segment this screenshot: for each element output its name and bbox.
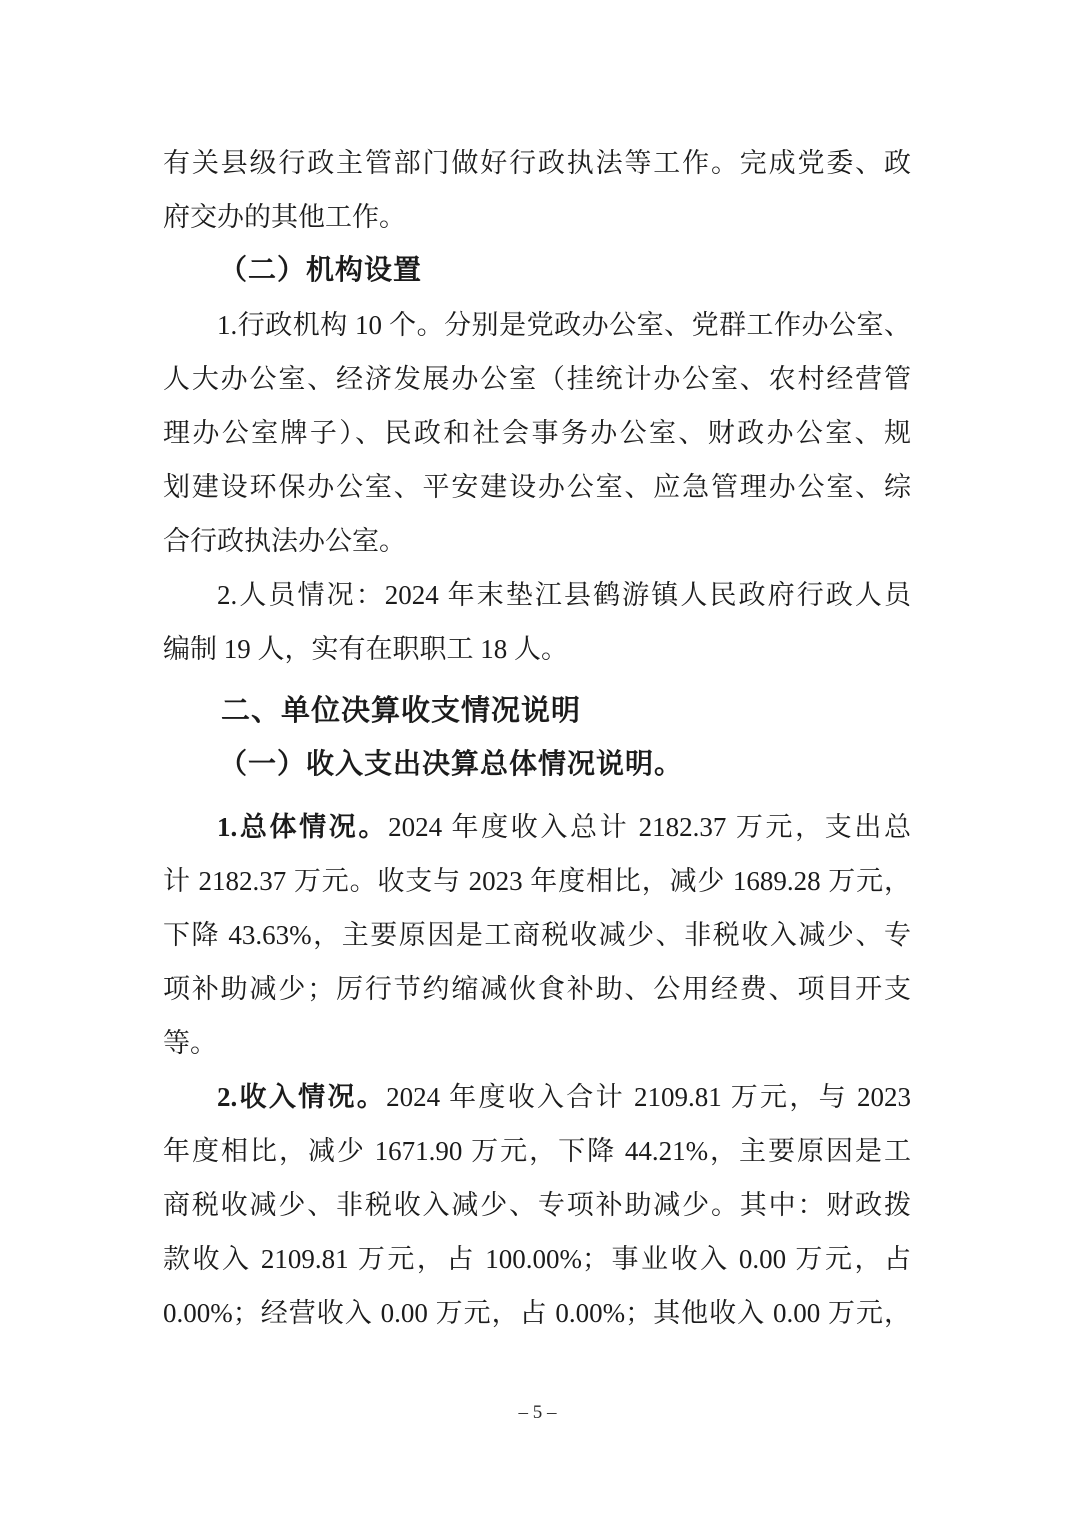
text-line: 编制 19 人，实有在职职工 18 人。 bbox=[163, 622, 911, 676]
document-body: 有关县级行政主管部门做好行政执法等工作。完成党委、政府交办的其他工作。（二）机构… bbox=[163, 136, 911, 1340]
text-line: 等。 bbox=[163, 1016, 911, 1070]
document-page: 有关县级行政主管部门做好行政执法等工作。完成党委、政府交办的其他工作。（二）机构… bbox=[0, 0, 1075, 1520]
text-line: 2.收入情况。2024 年度收入合计 2109.81 万元，与 2023 bbox=[163, 1070, 911, 1124]
subsection-heading: （二）机构设置 bbox=[163, 244, 911, 298]
text-line: 人大办公室、经济发展办公室（挂统计办公室、农村经营管 bbox=[163, 352, 911, 406]
text-line: 理办公室牌子）、民政和社会事务办公室、财政办公室、规 bbox=[163, 406, 911, 460]
text-line: 2.人员情况：2024 年末垫江县鹤游镇人民政府行政人员 bbox=[163, 568, 911, 622]
text-line: 下降 43.63%，主要原因是工商税收减少、非税收入减少、专 bbox=[163, 908, 911, 962]
text-line: 划建设环保办公室、平安建设办公室、应急管理办公室、综 bbox=[163, 460, 911, 514]
text-line: 合行政执法办公室。 bbox=[163, 514, 911, 568]
text-line: 年度相比，减少 1671.90 万元，下降 44.21%，主要原因是工 bbox=[163, 1124, 911, 1178]
subsection-heading: （一）收入支出决算总体情况说明。 bbox=[163, 738, 911, 792]
text-line: 项补助减少；厉行节约缩减伙食补助、公用经费、项目开支 bbox=[163, 962, 911, 1016]
text-line: 0.00%；经营收入 0.00 万元，占 0.00%；其他收入 0.00 万元， bbox=[163, 1286, 911, 1340]
text-line: 款收入 2109.81 万元，占 100.00%；事业收入 0.00 万元，占 bbox=[163, 1232, 911, 1286]
paragraph-lead: 2.收入情况。 bbox=[217, 1082, 386, 1112]
text-line: 商税收减少、非税收入减少、专项补助减少。其中：财政拨 bbox=[163, 1178, 911, 1232]
page-number: – 5 – bbox=[519, 1402, 557, 1423]
paragraph-lead: 1.总体情况。 bbox=[217, 812, 388, 842]
text-line: 府交办的其他工作。 bbox=[163, 190, 911, 244]
text-line: 有关县级行政主管部门做好行政执法等工作。完成党委、政 bbox=[163, 136, 911, 190]
text-line: 1.行政机构 10 个。分别是党政办公室、党群工作办公室、 bbox=[163, 298, 911, 352]
section-heading: 二、单位决算收支情况说明 bbox=[163, 684, 911, 738]
text-line: 1.总体情况。2024 年度收入总计 2182.37 万元，支出总 bbox=[163, 800, 911, 854]
text-line: 计 2182.37 万元。收支与 2023 年度相比，减少 1689.28 万元… bbox=[163, 854, 911, 908]
page-footer: – 5 – bbox=[0, 1400, 1075, 1426]
